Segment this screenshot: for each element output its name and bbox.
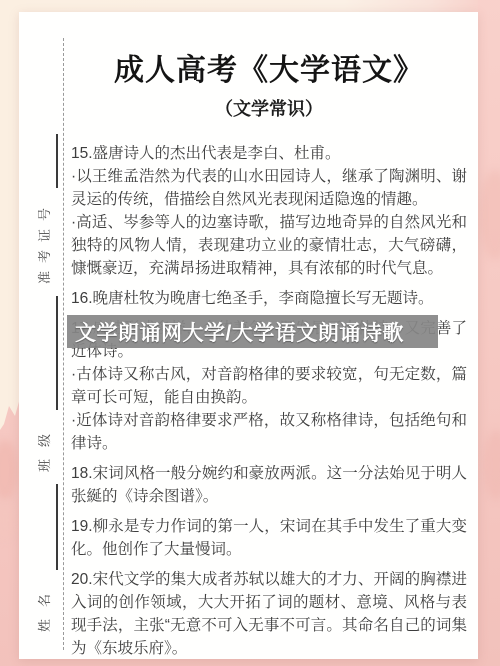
note-item-19: 19.柳永是专力作词的第一人，宋词在其手中发生了重大变化。他创作了大量慢词。 <box>71 515 467 561</box>
note-paragraph: ·近体诗对音韵格律要求严格，故又称格律诗，包括绝句和律诗。 <box>71 409 467 455</box>
notes-list: 15.盛唐诗人的杰出代表是李白、杜甫。 ·以王维孟浩然为代表的山水田园诗人，继承… <box>71 142 467 659</box>
note-item-16: 16.晚唐杜牧为晚唐七绝圣手，李商隐擅长写无题诗。 <box>71 287 467 310</box>
note-item-15: 15.盛唐诗人的杰出代表是李白、杜甫。 ·以王维孟浩然为代表的山水田园诗人，继承… <box>71 142 467 280</box>
note-paragraph: 18.宋词风格一般分婉约和豪放两派。这一分法始见于明人张綖的《诗余图谱》。 <box>71 462 467 508</box>
seal-label-class: 班级 <box>31 422 53 472</box>
note-paragraph: ·以王维孟浩然为代表的山水田园诗人，继承了陶渊明、谢灵运的传统，借描绘自然风光表… <box>71 165 467 211</box>
note-paragraph: 15.盛唐诗人的杰出代表是李白、杜甫。 <box>71 142 467 165</box>
watermark-banner-text: 文学朗诵网大学/大学语文朗诵诗歌 <box>75 317 404 347</box>
note-paragraph: 16.晚唐杜牧为晚唐七绝圣手，李商隐擅长写无题诗。 <box>71 287 467 310</box>
note-item-18: 18.宋词风格一般分婉约和豪放两派。这一分法始见于明人张綖的《诗余图谱》。 <box>71 462 467 508</box>
watermark-banner: 文学朗诵网大学/大学语文朗诵诗歌 <box>67 315 438 348</box>
page-title: 成人高考《大学语文》 <box>71 52 467 90</box>
seal-label-admission-number: 准考证号 <box>31 200 53 284</box>
seal-blank-line-name <box>56 484 58 570</box>
seal-blank-line-class <box>56 296 58 410</box>
note-paragraph: 20.宋代文学的集大成者苏轼以雄大的才力、开阔的胸襟进入词的创作领域，大大开拓了… <box>71 568 467 659</box>
seal-blank-line-admission-number <box>56 134 58 188</box>
seal-margin: 姓名 班级 准考证号 <box>31 116 69 632</box>
note-paragraph: ·古体诗又称古风，对音韵格律的要求较宽，句无定数，篇章可长可短，能自由换韵。 <box>71 363 467 409</box>
exam-paper-card: 姓名 班级 准考证号 成人高考《大学语文》 （文学常识） 15.盛唐诗人的杰出代… <box>19 12 478 659</box>
seal-margin-rotated-row: 姓名 班级 准考证号 <box>31 116 69 632</box>
note-paragraph: ·高适、岑参等人的边塞诗歌，描写边地奇异的自然风光和独特的风物人情，表现建功立业… <box>71 211 467 280</box>
page-subtitle: （文学常识） <box>71 96 467 122</box>
note-paragraph: 19.柳永是专力作词的第一人，宋词在其手中发生了重大变化。他创作了大量慢词。 <box>71 515 467 561</box>
note-item-20: 20.宋代文学的集大成者苏轼以雄大的才力、开阔的胸襟进入词的创作领域，大大开拓了… <box>71 568 467 659</box>
seal-label-name: 姓名 <box>31 582 53 632</box>
card-content: 成人高考《大学语文》 （文学常识） 15.盛唐诗人的杰出代表是李白、杜甫。 ·以… <box>71 52 467 659</box>
